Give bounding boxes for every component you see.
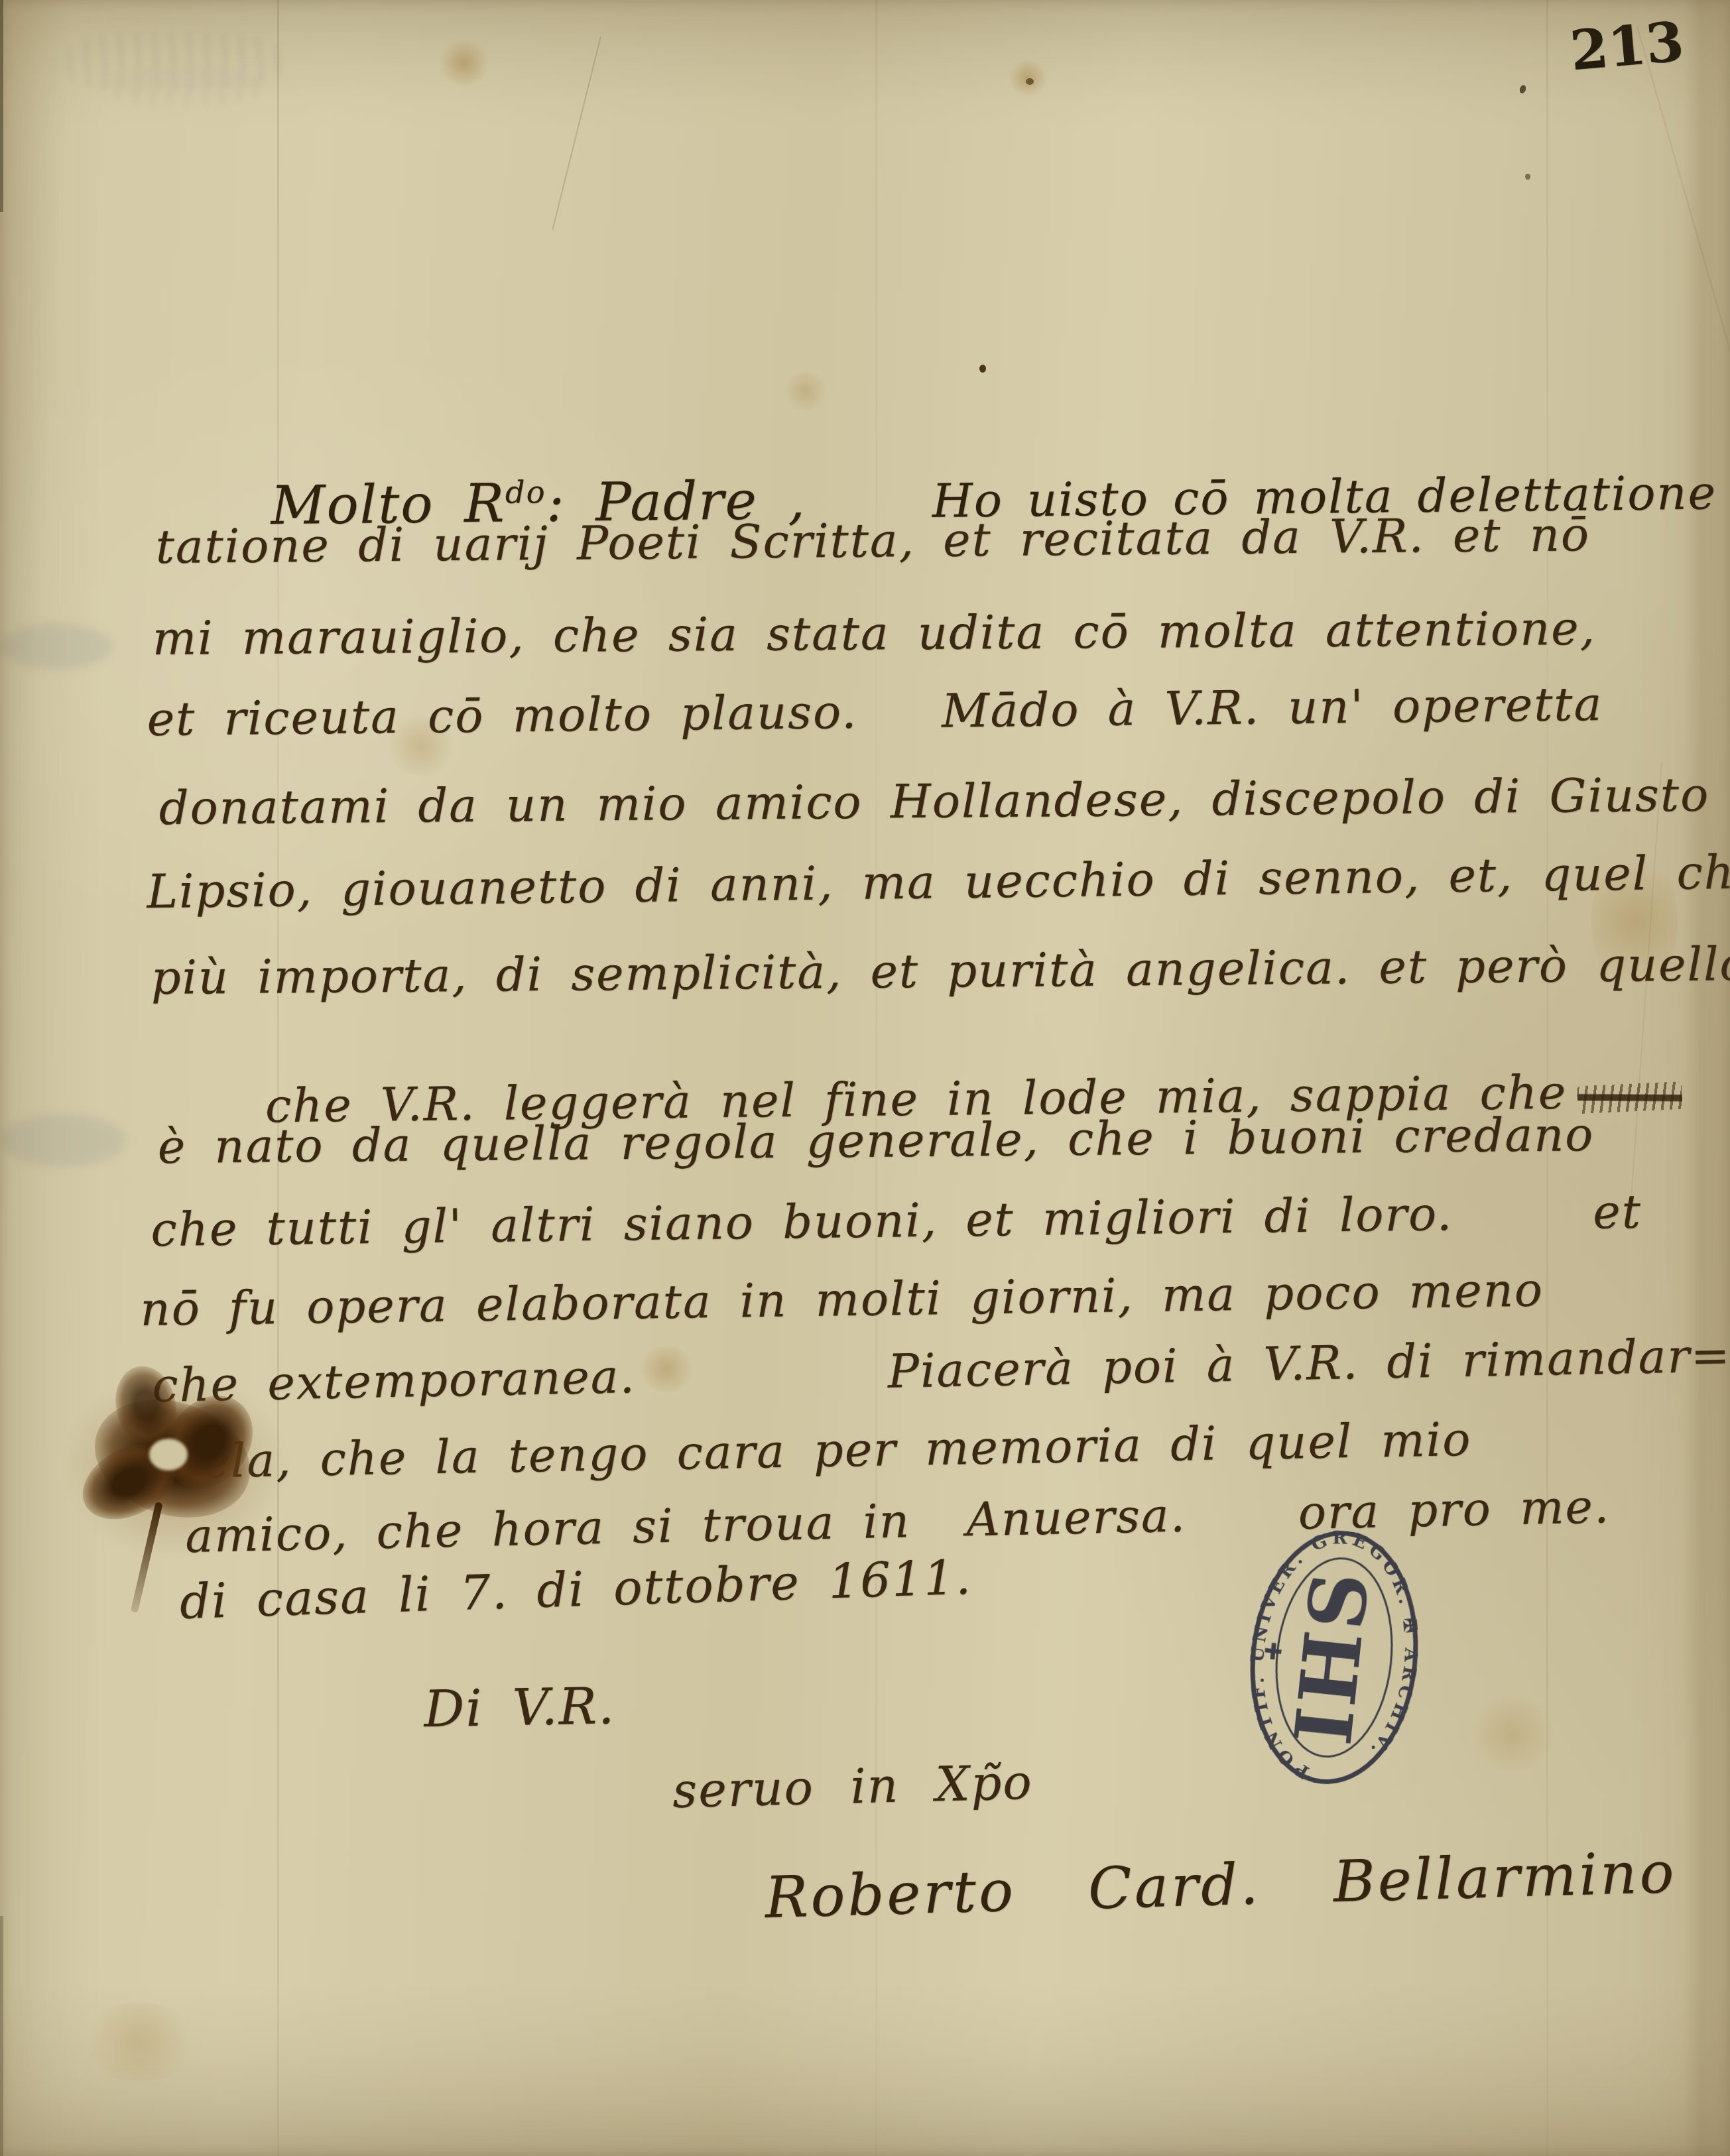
letter-line-3: mi marauiglio, che sia stata udita cō mo… bbox=[153, 605, 1597, 662]
letter-line-13: uela, che la tengo cara per memoria di q… bbox=[170, 1416, 1472, 1485]
date-line: di casa li 7. di ottobre 1611. bbox=[179, 1553, 973, 1626]
letter-line-5: donatami da un mio amico Hollandese, dis… bbox=[158, 772, 1709, 831]
ink-speck bbox=[1525, 174, 1530, 180]
addressee-line: Di V.R. bbox=[424, 1681, 616, 1734]
letter-line-12: che extemporanea. Piacerà poi à V.R. di … bbox=[152, 1332, 1730, 1409]
archive-stamp: PONTIF. UNIVER. GREGOR. ✠ ARCHIV. IHS ✚ bbox=[1228, 1516, 1440, 1799]
ink-speck bbox=[979, 365, 986, 373]
letter-line-7: più importa, di semplicità, et purità an… bbox=[151, 941, 1730, 1001]
letter-line-10: che tutti gl' altri siano buoni, et migl… bbox=[151, 1189, 1642, 1253]
diagonal-crease bbox=[552, 36, 601, 230]
stain bbox=[1465, 1697, 1558, 1770]
letter-line-6: Lipsio, giouanetto di anni, ma uecchio d… bbox=[147, 849, 1730, 915]
page-number: 213 bbox=[1568, 10, 1686, 84]
showthrough-mark bbox=[99, 66, 265, 106]
ink-dot bbox=[1518, 84, 1527, 94]
stain bbox=[80, 2002, 199, 2082]
stamp-cross-icon: ✚ bbox=[1260, 1640, 1288, 1662]
showthrough-mark bbox=[0, 623, 113, 670]
salutation-superscript: do bbox=[505, 474, 546, 510]
letter-line-4: et riceuta cō molto plauso. Mādo à V.R. … bbox=[147, 681, 1603, 743]
showthrough-mark bbox=[0, 1114, 126, 1167]
scan-edge bbox=[0, 0, 3, 212]
stamp-monogram: IHS bbox=[1277, 1565, 1387, 1749]
manuscript-page: 213 Molto Rdo: Padre ,Ho uisto cō molta … bbox=[0, 0, 1730, 2156]
ink-speck bbox=[1026, 78, 1034, 85]
stain bbox=[782, 371, 829, 411]
scan-edge bbox=[0, 1916, 3, 2156]
closing-line: seruo in Xp̃o bbox=[672, 1758, 1033, 1815]
stain bbox=[438, 40, 491, 86]
letter-line-2: tatione di uarij Poeti Scritta, et recit… bbox=[155, 511, 1590, 570]
letter-line-9: è nato da quella regola generale, che i … bbox=[157, 1111, 1594, 1170]
signature: Roberto Card. Bellarmino bbox=[765, 1844, 1678, 1927]
letter-line-11: nō fu opera elaborata in molti giorni, m… bbox=[140, 1266, 1544, 1333]
